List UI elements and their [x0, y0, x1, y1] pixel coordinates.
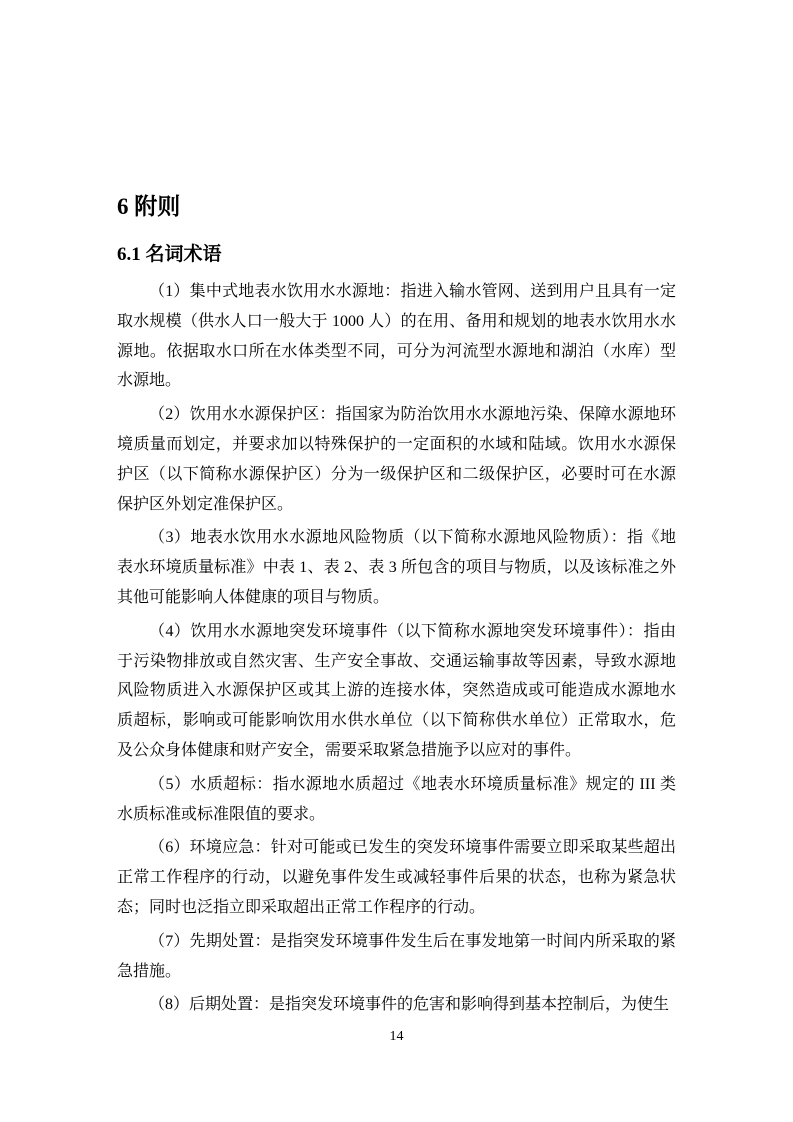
page-number: 14 [0, 1028, 793, 1046]
terms-definitions: （1）集中式地表水饮用水水源地：指进入输水管网、送到用户且具有一定取水规模（供水… [117, 277, 676, 1020]
section-heading: 6 附则 [117, 193, 676, 221]
subsection-heading: 6.1 名词术语 [117, 243, 676, 267]
term-definition-7: （7）先期处置：是指突发环境事件发生后在事发地第一时间内所采取的紧急措施。 [117, 927, 676, 987]
term-definition-6: （6）环境应急：针对可能或已发生的突发环境事件需要立即采取某些超出正常工作程序的… [117, 833, 676, 922]
term-definition-3: （3）地表水饮用水水源地风险物质（以下简称水源地风险物质）：指《地表水环境质量标… [117, 523, 676, 612]
document-page: 6 附则 6.1 名词术语 （1）集中式地表水饮用水水源地：指进入输水管网、送到… [0, 0, 793, 1122]
term-definition-4: （4）饮用水水源地突发环境事件（以下简称水源地突发环境事件）：指由于污染物排放或… [117, 617, 676, 766]
term-definition-8: （8）后期处置：是指突发环境事件的危害和影响得到基本控制后，为使生 [117, 990, 676, 1020]
term-definition-5: （5）水质超标：指水源地水质超过《地表水环境质量标准》规定的 III 类水质标准… [117, 770, 676, 830]
page-content: 6 附则 6.1 名词术语 （1）集中式地表水饮用水水源地：指进入输水管网、送到… [117, 193, 676, 1024]
term-definition-2: （2）饮用水水源保护区：指国家为防治饮用水水源地污染、保障水源地环境质量而划定，… [117, 400, 676, 519]
term-definition-1: （1）集中式地表水饮用水水源地：指进入输水管网、送到用户且具有一定取水规模（供水… [117, 277, 676, 396]
